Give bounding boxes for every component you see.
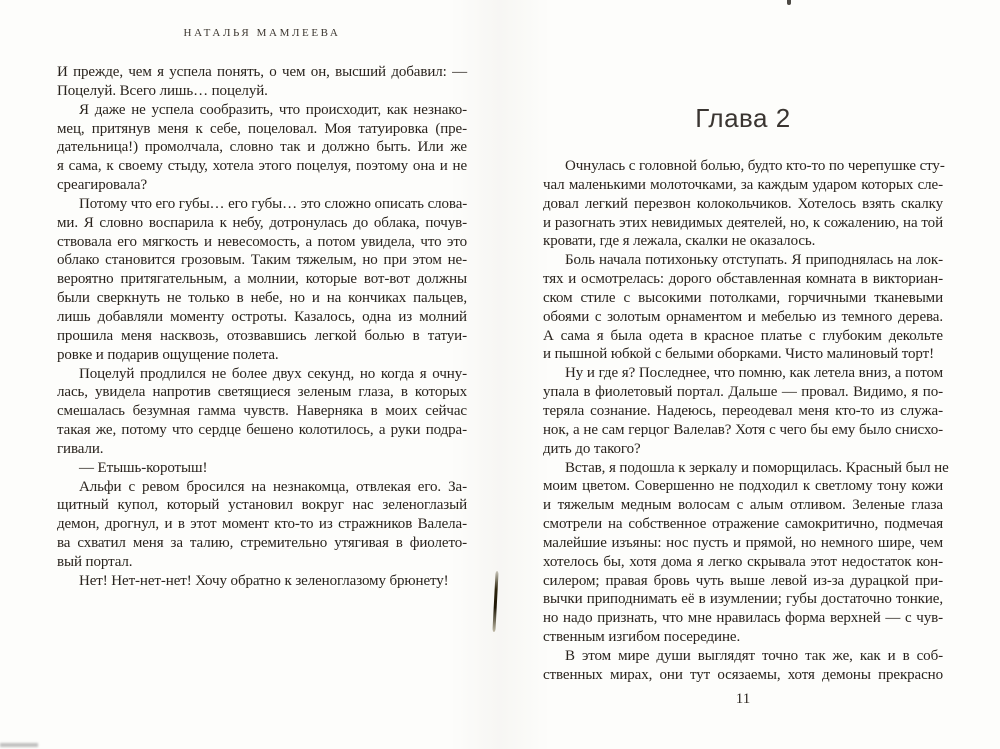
text-line: вый портал. <box>57 553 467 572</box>
text-line: Очнулась с головной болью, будто кто-то … <box>543 157 943 176</box>
text-line: Потому что его губы… его губы… это сложн… <box>57 195 467 214</box>
running-header: НАТАЛЬЯ МАМЛЕЕВА <box>57 27 467 39</box>
text-line: нок, а не сам герцог Валелав? Хотя с чег… <box>543 421 943 440</box>
text-line: лишь добавляли моменту остроты. Казалось… <box>57 308 467 327</box>
text-line: демон, дрогнул, и в этот момент кто-то и… <box>57 515 467 534</box>
text-line: ми. Я словно воспарила к небу, дотронула… <box>57 214 467 233</box>
text-line: моим цветом. Совершенно не подходил к св… <box>543 477 943 496</box>
text-line: теряла сознание. Надеюсь, переодевал мен… <box>543 402 943 421</box>
text-line: А сама я была одета в красное платье с г… <box>543 327 943 346</box>
text-line: вероятно притягательным, а молнии, котор… <box>57 270 467 289</box>
chapter-heading: Глава 2 <box>543 103 943 134</box>
text-line: В этом мире души выглядят точно так же, … <box>543 647 943 666</box>
text-line: Встав, я подошла к зеркалу и поморщилась… <box>543 459 943 478</box>
text-line: — Етышь-коротыш! <box>57 459 467 478</box>
text-line: ва схватил меня за талию, стремительно у… <box>57 534 467 553</box>
text-line: я сама, к своему стыду, хотела этого поц… <box>57 157 467 176</box>
text-line: ственным изгибом посередине. <box>543 628 943 647</box>
text-line: были сверкнуть не только в небе, но и на… <box>57 289 467 308</box>
text-line: и тяжелым медным волосам с алым отливом.… <box>543 496 943 515</box>
text-line: и разогнать этих невидимых деятелей, но,… <box>543 214 943 233</box>
text-line: силером; правая бровь чуть выше левой из… <box>543 572 943 591</box>
right-page-text: Очнулась с головной болью, будто кто-то … <box>543 157 943 685</box>
left-page: НАТАЛЬЯ МАМЛЕЕВА И прежде, чем я успела … <box>57 0 467 749</box>
text-line: довал легкий перезвон колокольчиков. Хот… <box>543 195 943 214</box>
text-line: облако становится грозовым. Таким тяжелы… <box>57 251 467 270</box>
text-line: тях и осмотрелась: дорого обставленная к… <box>543 270 943 289</box>
text-line: обоями с золотым орнаментом и мебелью из… <box>543 308 943 327</box>
text-line: дить до такого? <box>543 440 943 459</box>
text-line: гивали. <box>57 440 467 459</box>
book-spread: НАТАЛЬЯ МАМЛЕЕВА И прежде, чем я успела … <box>0 0 1000 749</box>
text-line: лась, увидела напротив светящиеся зелены… <box>57 383 467 402</box>
page-number: 11 <box>543 691 943 708</box>
text-line: Альфи с ревом бросился на незнакомца, от… <box>57 478 467 497</box>
text-line: среагировала? <box>57 176 467 195</box>
text-line: мец, притянув меня к себе, поцеловал. Мо… <box>57 120 467 139</box>
text-line: смотрели на собственное отражение самокр… <box>543 515 943 534</box>
text-line: Поцелуй продлился не более двух секунд, … <box>57 365 467 384</box>
text-line: малейшие изъяны: нос пусть и прямой, но … <box>543 534 943 553</box>
text-line: и пышной юбкой с белыми оборками. Чисто … <box>543 345 943 364</box>
left-page-text: И прежде, чем я успела понять, о чем он,… <box>57 63 467 591</box>
text-line: Ну и где я? Последнее, что помню, как ле… <box>543 364 943 383</box>
text-line: такая же, потому что сердце бешено колот… <box>57 421 467 440</box>
text-line: щитный купол, который установил вокруг н… <box>57 496 467 515</box>
text-line: кровати, где я лежала, скалки не оказало… <box>543 232 943 251</box>
scan-artifact-bottom-left <box>0 743 38 747</box>
text-line: ровке и подарив ощущение полета. <box>57 346 467 365</box>
text-line: ствовала его мягкость и невесомость, а п… <box>57 233 467 252</box>
text-line: И прежде, чем я успела понять, о чем он,… <box>57 63 467 82</box>
text-line: но надо признать, что мне нравилась форм… <box>543 609 943 628</box>
text-line: смешалась безумная гамма чувств. Наверня… <box>57 402 467 421</box>
text-line: Боль начала потихоньку отступать. Я прип… <box>543 251 943 270</box>
text-line: вычки приподнимать её в изумлении; губы … <box>543 590 943 609</box>
text-line: Я даже не успела сообразить, что происхо… <box>57 101 467 120</box>
text-line: чал маленькими молоточками, за каждым уд… <box>543 176 943 195</box>
text-line: прошила меня насквозь, отозвавшись легко… <box>57 327 467 346</box>
text-line: Нет! Нет-нет-нет! Хочу обратно к зеленог… <box>57 572 467 591</box>
text-line: ском стиле с высокими потолками, горчичн… <box>543 289 943 308</box>
text-line: ственных мирах, они тут осязаемы, хотя д… <box>543 666 943 685</box>
right-page: Глава 2 Очнулась с головной болью, будто… <box>543 0 943 749</box>
text-line: дательница!) промолчала, словно так и до… <box>57 138 467 157</box>
text-line: Поцелуй. Всего лишь… поцелуй. <box>57 82 467 101</box>
text-line: хотелось бы, хотя дома я легко скрывала … <box>543 553 943 572</box>
gutter-crease-mark <box>492 571 498 632</box>
scan-artifact-top <box>787 0 791 5</box>
text-line: упала в фиолетовый портал. Дальше — пров… <box>543 383 943 402</box>
